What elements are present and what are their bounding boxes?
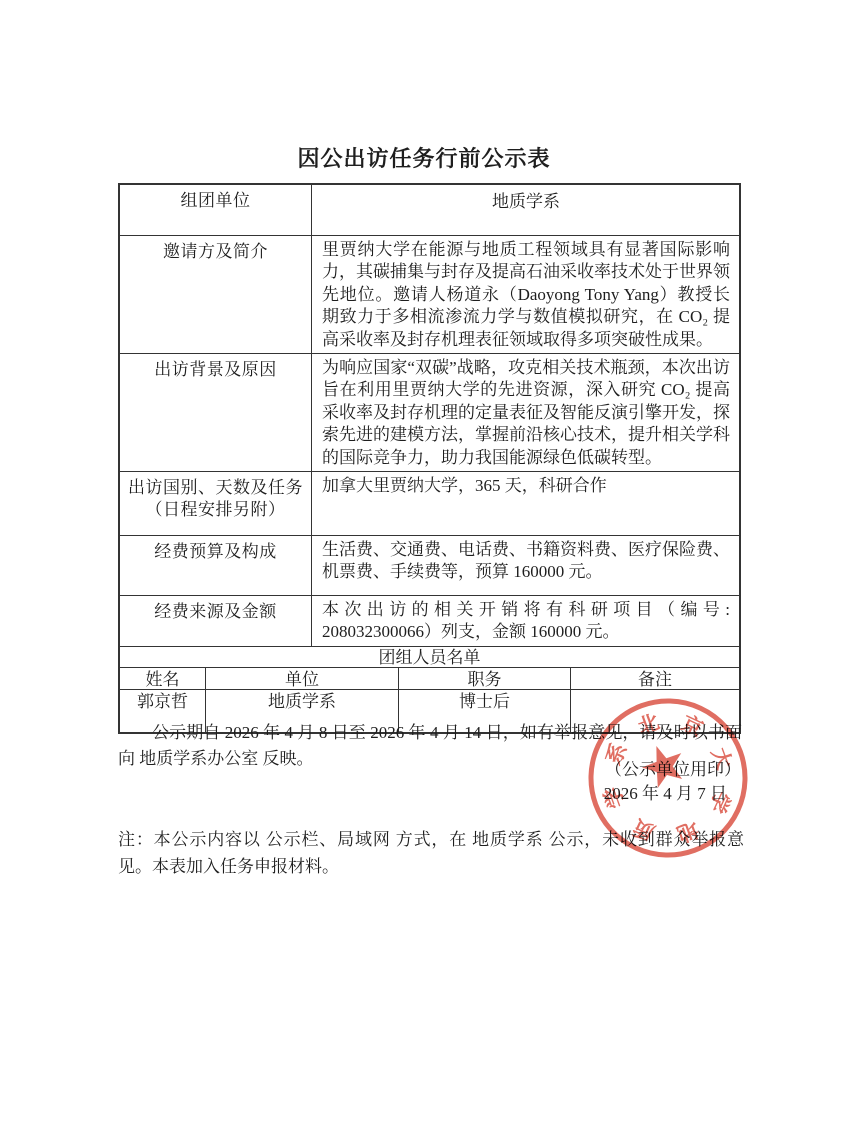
roster-header-position: 职务 xyxy=(399,668,571,689)
value-funding-source: 本次出访的相关开销将有科研项目（编号: 208032300066）列支，金额 1… xyxy=(312,596,739,646)
value-inviter-profile: 里贾纳大学在能源与地质工程领域具有显著国际影响力，其碳捕集与封存及提高石油采收率… xyxy=(312,236,739,353)
label-country-days-task: 出访国别、天数及任务 （日程安排另附） xyxy=(120,472,312,535)
seal-ring xyxy=(576,686,760,870)
star-icon xyxy=(637,739,690,791)
roster-header-unit: 单位 xyxy=(206,668,399,689)
pre-departure-notice-table: 组团单位 地质学系 邀请方及简介 里贾纳大学在能源与地质工程领域具有显著国际影响… xyxy=(118,183,741,734)
page-title: 因公出访任务行前公示表 xyxy=(0,142,848,173)
roster-header-name: 姓名 xyxy=(120,668,206,689)
table-row: 经费预算及构成 生活费、交通费、电话费、书籍资料费、医疗保险费、机票费、手续费等… xyxy=(120,535,739,595)
official-seal-stamp: 北京大学地质学系 xyxy=(576,686,760,870)
svg-text:北: 北 xyxy=(635,710,663,740)
value-country-days-task: 加拿大里贾纳大学，365 天，科研合作 xyxy=(312,472,739,535)
label-inviter-profile: 邀请方及简介 xyxy=(120,236,312,353)
table-row: 经费来源及金额 本次出访的相关开销将有科研项目（编号: 208032300066… xyxy=(120,595,739,646)
value-organizing-unit: 地质学系 xyxy=(312,185,739,235)
value-visit-background: 为响应国家“双碳”战略，攻克相关技术瓶颈，本次出访旨在利用里贾纳大学的先进资源，… xyxy=(312,354,739,471)
label-organizing-unit: 组团单位 xyxy=(120,185,312,235)
table-row: 组团单位 地质学系 xyxy=(120,185,739,235)
value-budget-composition: 生活费、交通费、电话费、书籍资料费、医疗保险费、机票费、手续费等，预算 1600… xyxy=(312,536,739,595)
svg-text:学: 学 xyxy=(704,788,735,817)
roster-section-title: 团组人员名单 xyxy=(120,646,739,667)
label-visit-background: 出访背景及原因 xyxy=(120,354,312,471)
svg-text:系: 系 xyxy=(601,739,632,768)
label-budget-composition: 经费预算及构成 xyxy=(120,536,312,595)
table-row: 邀请方及简介 里贾纳大学在能源与地质工程领域具有显著国际影响力，其碳捕集与封存及… xyxy=(120,235,739,353)
svg-text:大: 大 xyxy=(707,745,737,773)
svg-text:学: 学 xyxy=(600,784,630,812)
svg-text:地: 地 xyxy=(674,817,702,847)
table-row: 出访国别、天数及任务 （日程安排另附） 加拿大里贾纳大学，365 天，科研合作 xyxy=(120,471,739,535)
svg-text:京: 京 xyxy=(678,711,707,742)
label-funding-source: 经费来源及金额 xyxy=(120,596,312,646)
table-row: 出访背景及原因 为响应国家“双碳”战略，攻克相关技术瓶颈，本次出访旨在利用里贾纳… xyxy=(120,353,739,471)
seal-circular-text: 北京大学地质学系 xyxy=(580,690,757,867)
svg-text:质: 质 xyxy=(629,814,658,845)
